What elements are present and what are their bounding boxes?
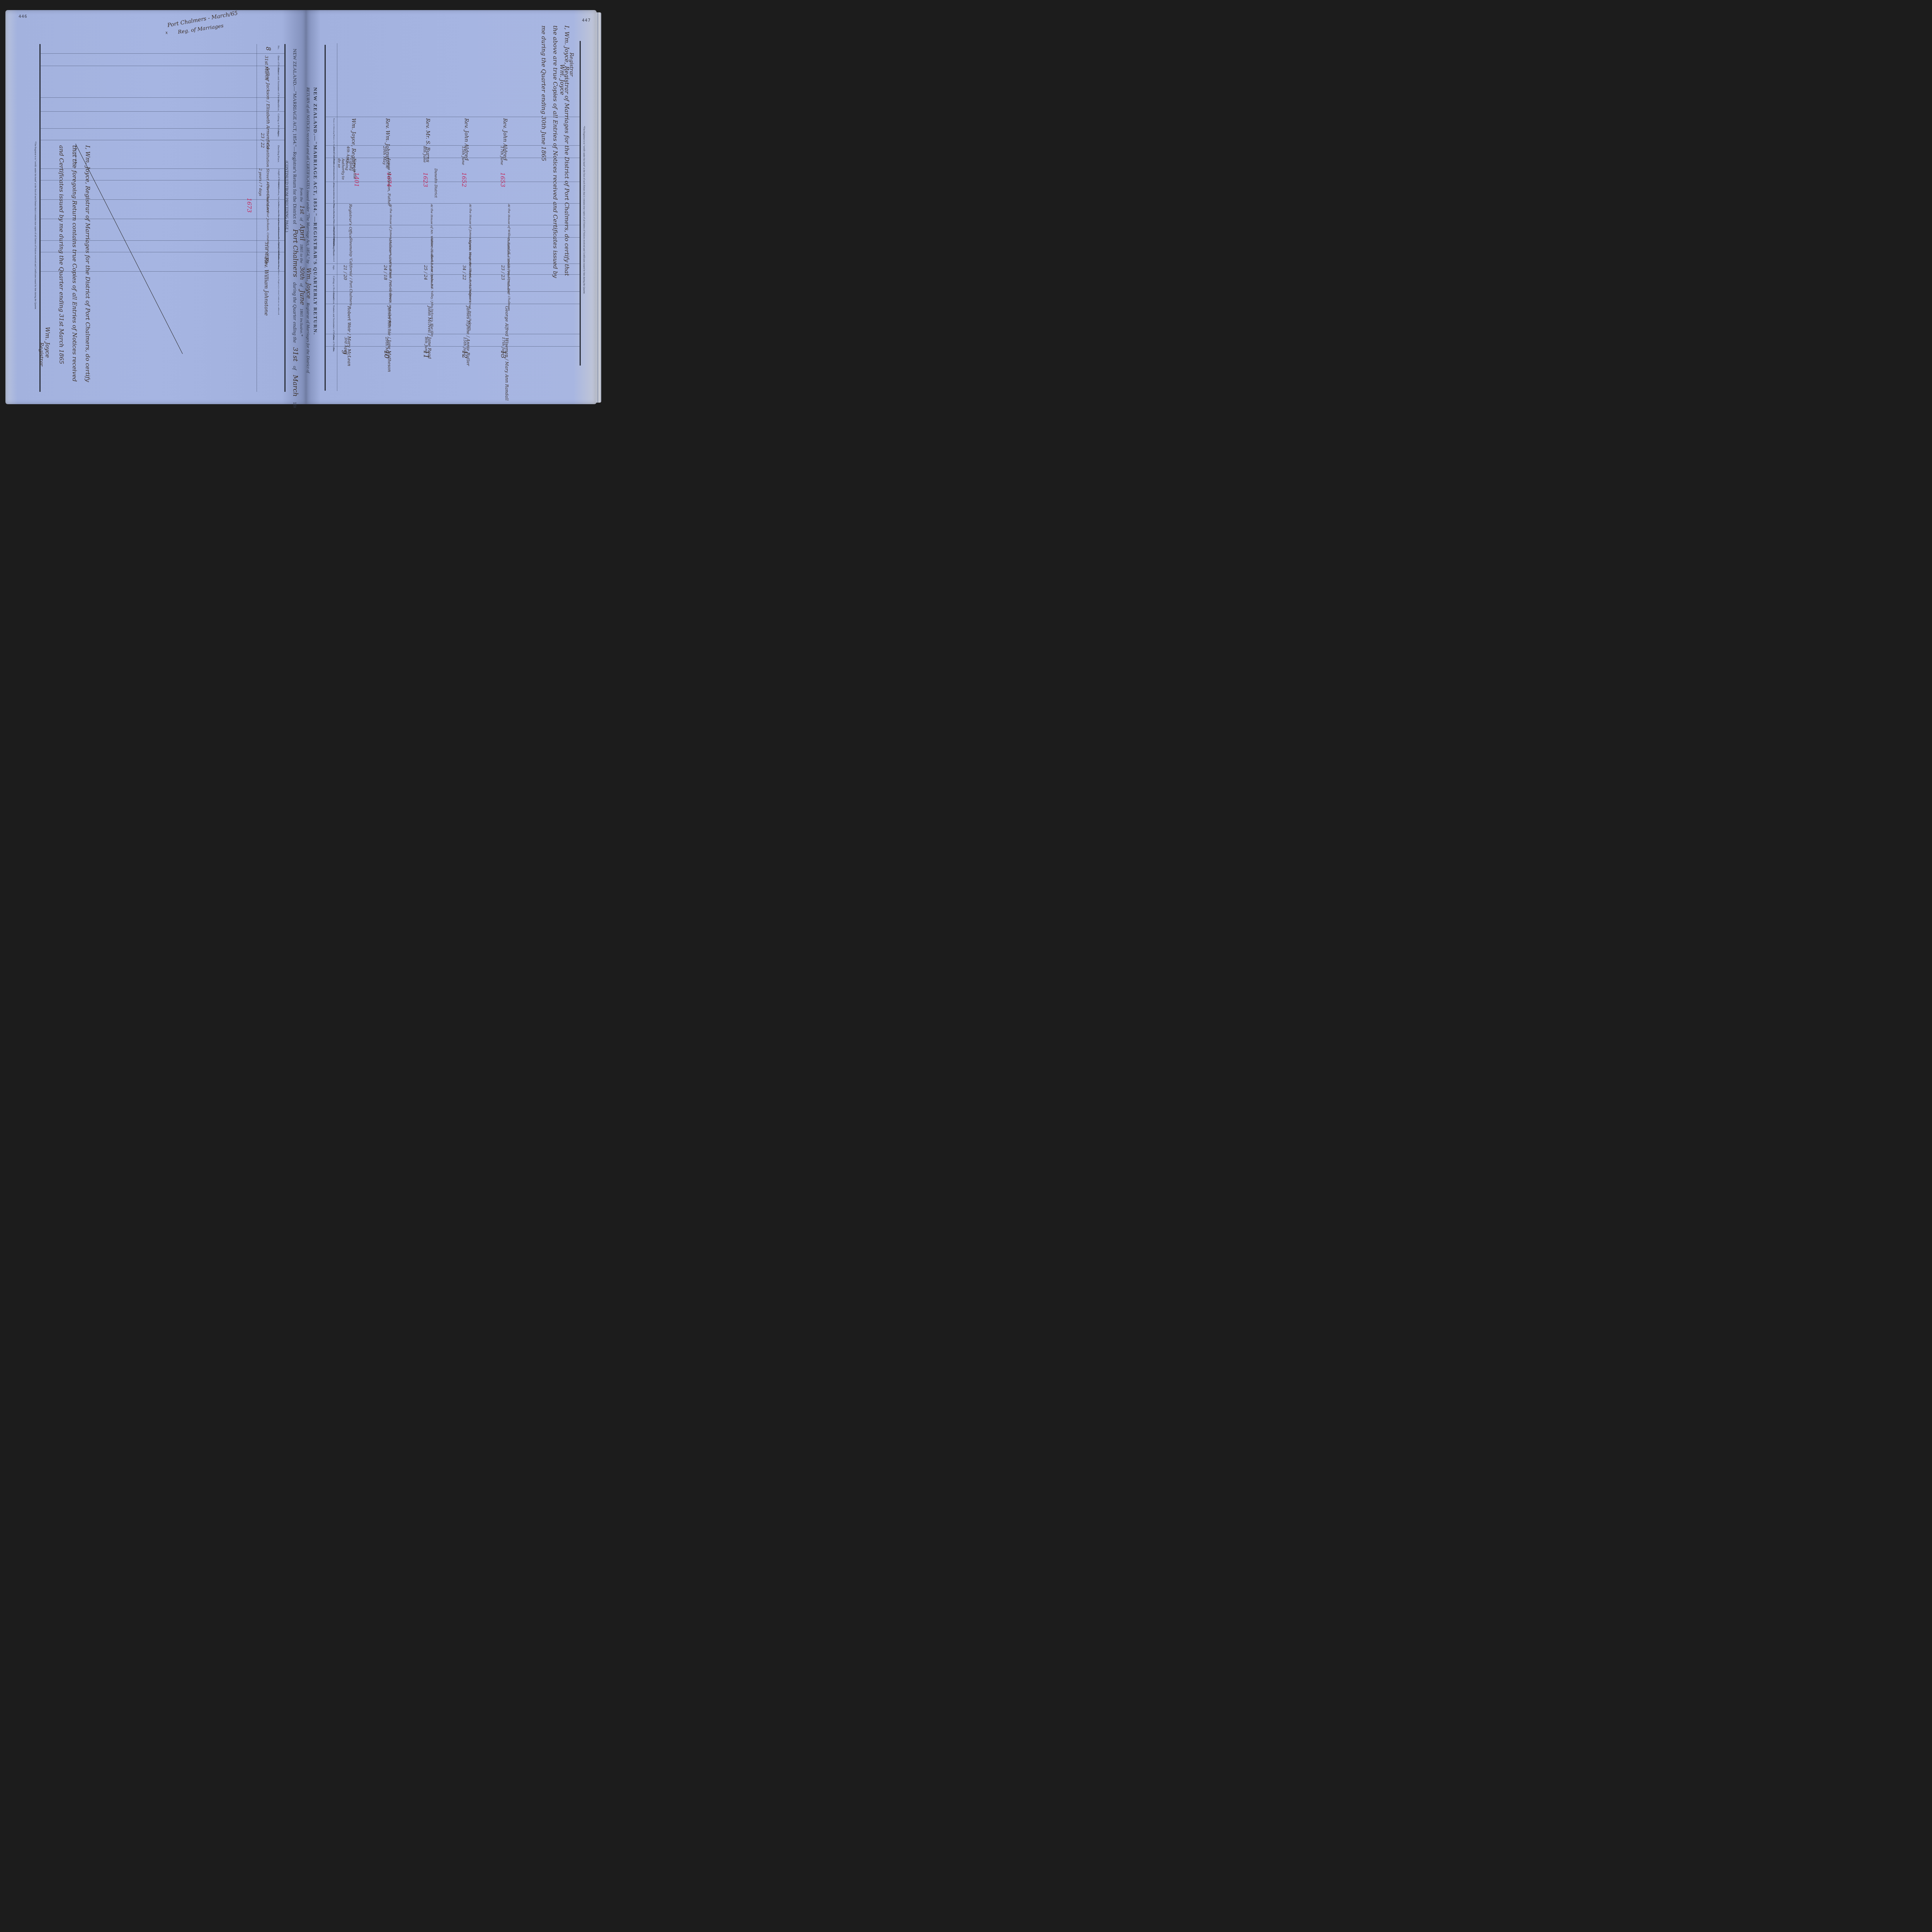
left-quarter-month: March xyxy=(291,375,299,396)
entry-11-red-number: 1623 xyxy=(422,172,429,187)
row-line xyxy=(40,128,284,129)
col-no: No. xyxy=(277,46,280,49)
right-page-bottom-rule xyxy=(580,41,581,366)
entry-13-names: George Alfred Wiseman / Mary Ann Randall xyxy=(504,306,509,401)
entry-11-minister: Rev. Mr. S. Burns xyxy=(425,118,430,162)
page-edges xyxy=(596,12,601,403)
left-title: NEW ZEALAND.—"MARRIAGE ACT, 1854."—Regis… xyxy=(291,49,299,408)
from-text: from the xyxy=(299,188,304,202)
to-day: 30th xyxy=(299,267,306,280)
to-month: June xyxy=(298,290,306,305)
left-footnote: *The Registrar is to "certify under his … xyxy=(34,141,36,310)
left-district: Port Chalmers xyxy=(291,229,299,277)
entry-11-district: Dunedin District xyxy=(434,168,437,198)
right-certification: I, Wm. Joyce, Registrar of Marriages for… xyxy=(538,26,573,281)
entry-12-age: 34 / 22 xyxy=(462,265,467,280)
row-line xyxy=(40,111,284,112)
row-line xyxy=(325,291,580,292)
right-registrar: Wm. Joyce xyxy=(305,268,312,299)
col-minister: Name of Officiating Minister (or Registr… xyxy=(332,118,335,180)
from-day: 1st xyxy=(299,205,306,214)
from-year: 1865 xyxy=(299,244,304,253)
row-line xyxy=(40,66,284,66)
from-month: April xyxy=(298,224,306,241)
header-divider xyxy=(337,43,337,391)
row-line xyxy=(40,53,284,54)
entry-12-red-number: 1652 xyxy=(461,172,468,187)
right-signature-title: Registrar xyxy=(568,53,574,77)
col-minister: Name of Officiating Minister (or Registr… xyxy=(277,253,280,315)
right-page-top-rule xyxy=(325,45,326,391)
entry-8-red-number: 1673 xyxy=(246,198,253,213)
entry-10-minister: Rev. Wm. Johnstone xyxy=(384,118,390,169)
right-signature: Wm. Joyce xyxy=(559,64,566,95)
entry-12-minister: Rev. John Aldred xyxy=(463,118,469,161)
entry-8-age: 23 / 22 xyxy=(260,133,265,148)
row-line xyxy=(40,140,284,140)
right-subtitle: RETURN of all NOTICES received and all C… xyxy=(305,87,312,373)
col-age: Age. xyxy=(332,265,335,270)
row-line xyxy=(325,346,580,347)
left-signature: Wm. Joyce xyxy=(44,327,51,358)
to-text: to the xyxy=(299,253,304,263)
to-year: 1865 xyxy=(299,308,304,317)
entry-11-church: At the House of Mr. Walker, Cumberland S… xyxy=(430,204,434,288)
left-continued: (CONTINUED FROM PRECEDING PAGE.) xyxy=(284,161,289,232)
col-names: Names and Surnames of Parties. xyxy=(332,305,335,340)
right-subtitle-suffix: Registrar of Marriages for the District … xyxy=(306,303,310,373)
entry-11-age: 25 / 24 xyxy=(423,265,428,280)
entry-8-minister: Rev. William Johnstone xyxy=(263,257,269,316)
entry-10-church: At the House of James Matheson, Currie S… xyxy=(389,204,393,303)
entry-9-dwelling: Steamship 'California' / Port Chalmers xyxy=(349,238,352,306)
entry-8-residence: 2 years / 7 days xyxy=(258,168,262,196)
entry-12-church: At the House of James Hynne, Magnetic St… xyxy=(469,204,472,302)
left-quarter-day: 31st xyxy=(291,347,299,361)
header-divider xyxy=(257,44,257,392)
left-quarter-of: of xyxy=(292,366,298,370)
entry-9-names: Robert Weir / Mary McLean xyxy=(347,306,352,366)
margin-note-mark: x xyxy=(165,30,168,35)
entry-13-age: 23 / 23 xyxy=(500,265,505,280)
col-dwelling: Dwelling Place. xyxy=(277,145,280,163)
entry-8-names: Arthur Jackson / Elizabeth Armenfield xyxy=(265,67,270,149)
left-page-bottom-rule xyxy=(39,44,41,392)
entry-13-minister: Rev. John Aldred xyxy=(502,118,508,161)
register-book: 446 Port Chalmers - March/65 Reg. of Mar… xyxy=(5,10,600,406)
entry-13-red-number: 1653 xyxy=(499,172,506,187)
entry-9-age: 21 / 20 xyxy=(343,265,348,280)
row-line xyxy=(325,334,580,334)
entry-9-cert-date: 4th April xyxy=(346,146,350,163)
col-calling: Calling or Profession. xyxy=(332,276,335,299)
col-condition: Condition. xyxy=(277,100,280,111)
entry-9-church: Registrar's Office xyxy=(348,204,352,238)
left-title-text: NEW ZEALAND.—"MARRIAGE ACT, 1854."—Regis… xyxy=(292,49,298,224)
entry-10-age: 24 / 18 xyxy=(383,265,388,280)
left-signature-title: Registrar xyxy=(38,342,44,366)
col-names: Names and Surnames of Parties. xyxy=(277,68,280,103)
page-number-446: 446 xyxy=(19,14,27,19)
entry-9-minister: Wm. Joyce, Registrar xyxy=(350,118,356,172)
left-quarter-year: 1865 xyxy=(292,402,298,408)
left-certification: I, Wm. Joyce, Registrar of Marriages for… xyxy=(55,145,94,393)
right-footnote: *The Registrar is to "certify under his … xyxy=(583,126,585,294)
right-subtitle-prefix: RETURN of all NOTICES received and all C… xyxy=(306,87,310,264)
left-quarter-text: during the Quarter ending the xyxy=(292,282,298,343)
entry-8-no: 8 xyxy=(265,47,272,51)
col-age: Age. xyxy=(277,131,280,136)
right-title: NEW ZEALAND.—"MARRIAGE ACT, 1854."—REGIS… xyxy=(312,87,318,335)
page-number-447: 447 xyxy=(582,18,591,23)
left-page: 446 Port Chalmers - March/65 Reg. of Mar… xyxy=(5,10,306,404)
inclusive-text: inclusive.* xyxy=(299,318,304,336)
row-line xyxy=(325,304,580,304)
entry-13-church: At the House of William Randall, Constit… xyxy=(507,204,511,311)
row-line xyxy=(40,97,284,98)
right-date-range: from the 1st of April 1865 to the 30th o… xyxy=(298,188,306,336)
right-page: 447 NEW ZEALAND.—"MARRIAGE ACT, 1854."—R… xyxy=(306,10,597,404)
